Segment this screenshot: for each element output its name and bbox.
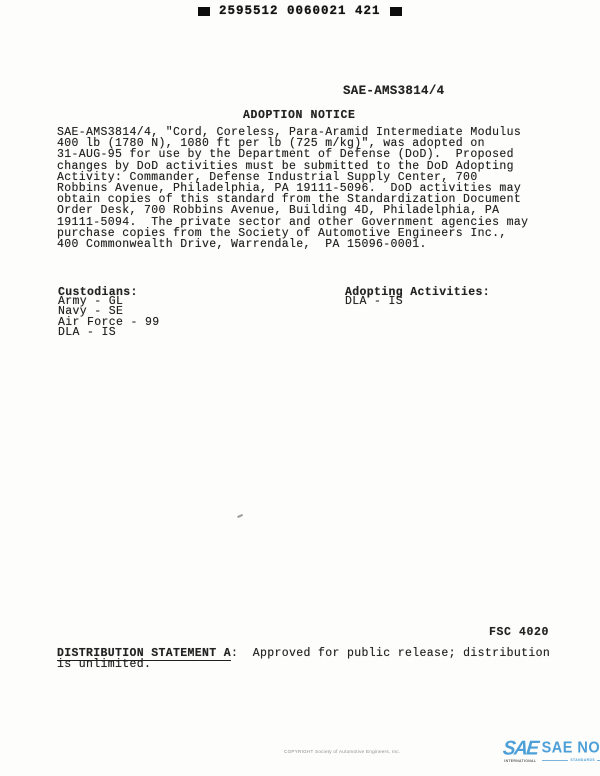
ocr-document-number: 2595512 0060021 421: [219, 4, 381, 18]
sae-norm-logo: SAE INTERNATIONAL SAE NORM STANDARDS: [503, 740, 599, 772]
barcode-block-left-icon: [198, 7, 210, 16]
sae-norm-wordmark: SAE NORM: [542, 740, 600, 757]
custodians-list: Army - GL Navy - SE Air Force - 99 DLA -…: [58, 297, 160, 338]
tagline-rule-left: [542, 760, 569, 761]
sae-logo-icon: SAE: [502, 740, 538, 758]
distribution-statement: DISTRIBUTION STATEMENT A: Approved for p…: [57, 648, 557, 670]
tagline-text: STANDARDS: [570, 758, 595, 762]
sae-emblem: SAE INTERNATIONAL: [503, 740, 538, 763]
copyright-fine-print: COPYRIGHT Society of Automotive Engineer…: [284, 749, 444, 754]
adopting-activities-list: DLA - IS: [345, 297, 403, 307]
scan-artifact-mark: [237, 514, 243, 518]
barcode-block-right-icon: [390, 7, 402, 16]
scanned-document-page: { "ocr_header": { "number": "2595512 006…: [0, 0, 600, 776]
sae-norm-wordmark-group: SAE NORM STANDARDS: [542, 741, 600, 762]
fsc-code: FSC 4020: [489, 626, 549, 639]
adoption-notice-body: SAE-AMS3814/4, "Cord, Coreless, Para-Ara…: [57, 127, 549, 250]
document-number: SAE-AMS3814/4: [343, 84, 444, 98]
ocr-header-line: 2595512 0060021 421: [198, 4, 402, 18]
sae-norm-tagline: STANDARDS: [542, 758, 600, 762]
page-title: ADOPTION NOTICE: [243, 109, 356, 122]
